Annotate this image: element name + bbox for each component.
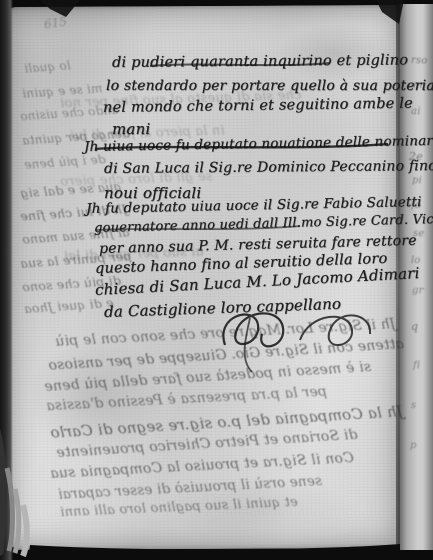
paper-stain: [275, 23, 395, 84]
paper-grain-texture: [5, 5, 402, 550]
page-edge-shadow: [423, 4, 433, 550]
photo-stage: 615 Jh il Sig.re Lor. Mag.re ore che son…: [0, 0, 433, 560]
paper-stain: [26, 336, 167, 457]
manuscript-page: [5, 5, 402, 550]
binding-gutter: [0, 0, 13, 560]
paper-stain: [157, 475, 357, 546]
page-crease: [396, 4, 400, 550]
adjacent-page-edge: [398, 4, 433, 550]
